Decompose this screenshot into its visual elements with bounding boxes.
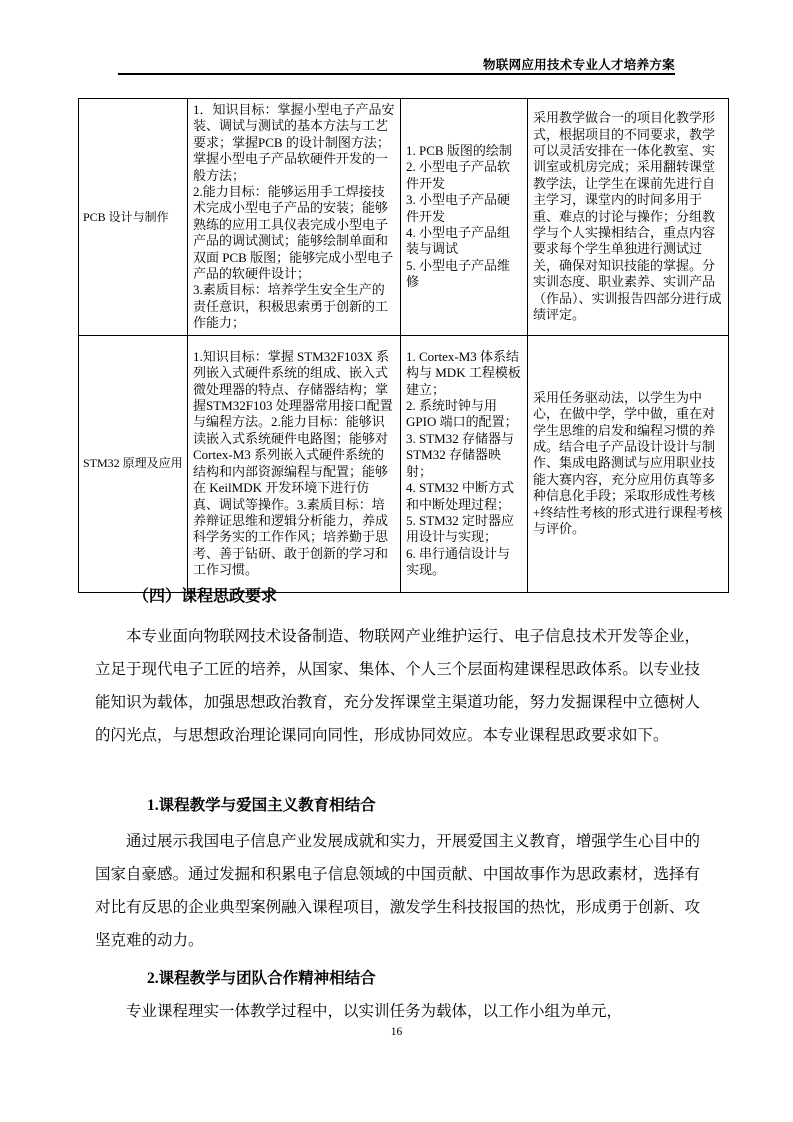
course-methods-cell: 采用教学做合一的项目化教学形式，根据项目的不同要求，教学可以灵活安排在一体化教室… [528,99,729,336]
header-rule [118,73,675,75]
course-contents-cell: 1. PCB 版图的绘制 2. 小型电子产品软件开发 3. 小型电子产品硬件开发… [401,99,528,336]
page-number: 16 [0,1026,793,1038]
course-objectives-cell: 1.知识目标：掌握 STM32F103X 系列嵌入式硬件系统的组成、嵌入式微处理… [188,335,401,592]
subsection-2-heading: 2.课程教学与团队合作精神相结合 [147,968,376,990]
course-name-cell: STM32 原理及应用 [79,335,188,592]
course-name-cell: PCB 设计与制作 [79,99,188,336]
course-objectives-cell: 1．知识目标：掌握小型电子产品安装、调试与测试的基本方法与工艺要求；掌握PCB … [188,99,401,336]
table-row-stm32: STM32 原理及应用 1.知识目标：掌握 STM32F103X 系列嵌入式硬件… [79,335,729,592]
course-table: PCB 设计与制作 1．知识目标：掌握小型电子产品安装、调试与测试的基本方法与工… [78,98,729,593]
subsection-1-heading: 1.课程教学与爱国主义教育相结合 [147,795,376,817]
section-heading: （四）课程思政要求 [133,586,277,608]
table-row-pcb: PCB 设计与制作 1．知识目标：掌握小型电子产品安装、调试与测试的基本方法与工… [79,99,729,336]
course-methods-cell: 采用任务驱动法，以学生为中心，在做中学，学中做，重在对学生思维的启发和编程习惯的… [528,335,729,592]
subsection-1-paragraph: 通过展示我国电子信息产业发展成就和实力，开展爱国主义教育，增强学生心目中的国家自… [95,825,700,957]
page-header-title: 物联网应用技术专业人才培养方案 [483,55,675,73]
subsection-2-paragraph: 专业课程理实一体教学过程中，以实训任务为载体，以工作小组为单元， [95,995,700,1028]
document-page: 物联网应用技术专业人才培养方案 PCB 设计与制作 1．知识目标：掌握小型电子产… [0,0,793,1122]
course-contents-cell: 1. Cortex-M3 体系结构与 MDK 工程模板建立； 2. 系统时钟与用… [401,335,528,592]
section-intro-paragraph: 本专业面向物联网技术设备制造、物联网产业维护运行、电子信息技术开发等企业，立足于… [95,620,700,752]
